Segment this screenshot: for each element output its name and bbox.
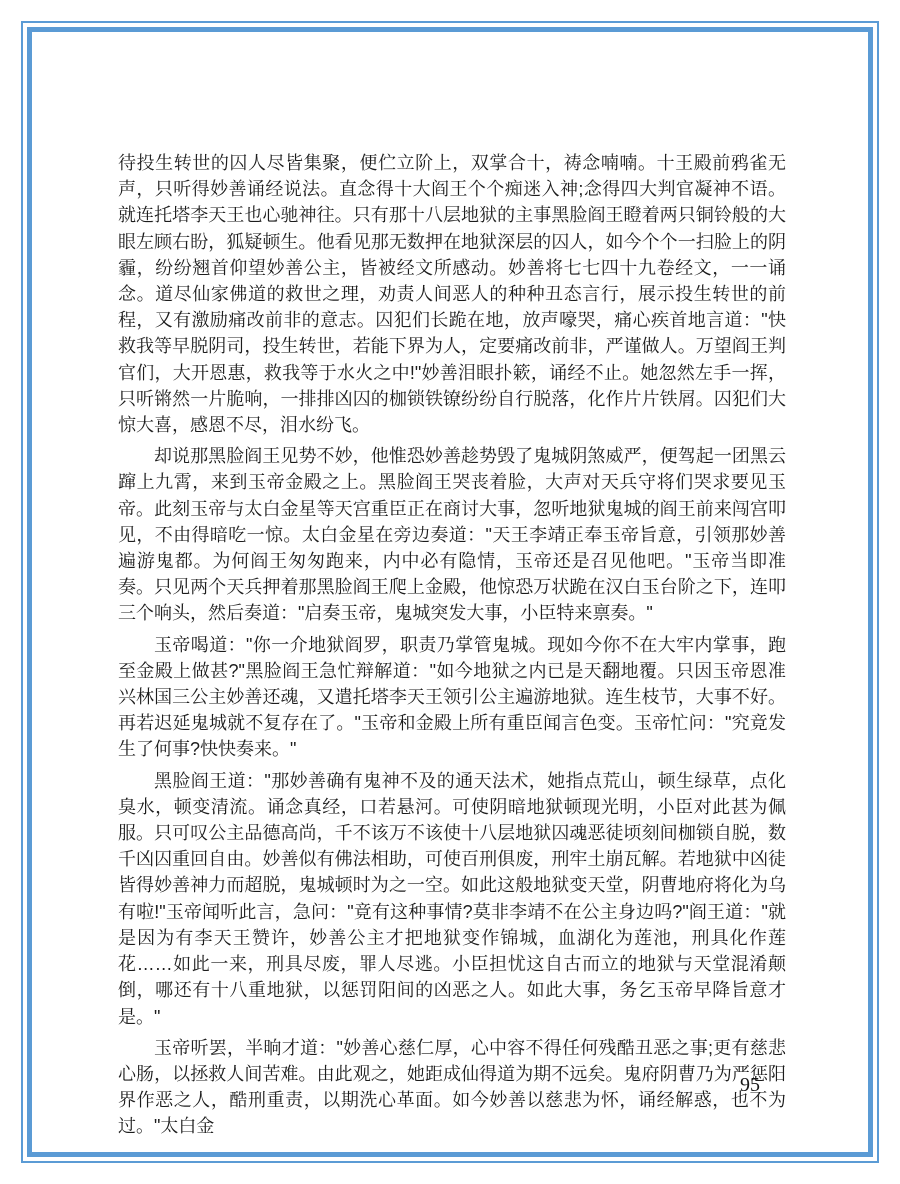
- book-page: 待投生转世的囚人尽皆集聚，便伫立阶上，双掌合十，祷念喃喃。十王殿前鸦雀无声，只听…: [0, 0, 900, 1184]
- paragraph: 玉帝喝道："你一介地狱阎罗，职责乃掌管鬼城。现如今你不在大牢内掌事，跑至金殿上做…: [118, 632, 786, 763]
- paragraph: 玉帝听罢，半晌才道："妙善心慈仁厚，心中容不得任何残酷丑恶之事;更有慈悲心肠，以…: [118, 1035, 786, 1140]
- page-number: 95: [720, 1074, 780, 1097]
- paragraph: 待投生转世的囚人尽皆集聚，便伫立阶上，双掌合十，祷念喃喃。十王殿前鸦雀无声，只听…: [118, 150, 786, 438]
- paragraph: 却说那黑脸阎王见势不妙，他惟恐妙善趁势毁了鬼城阴煞威严，便驾起一团黑云蹿上九霄，…: [118, 443, 786, 626]
- body-text: 待投生转世的囚人尽皆集聚，便伫立阶上，双掌合十，祷念喃喃。十王殿前鸦雀无声，只听…: [118, 150, 786, 1145]
- paragraph: 黑脸阎王道："那妙善确有鬼神不及的通天法术，她指点荒山，顿生绿草，点化臭水，顿变…: [118, 768, 786, 1030]
